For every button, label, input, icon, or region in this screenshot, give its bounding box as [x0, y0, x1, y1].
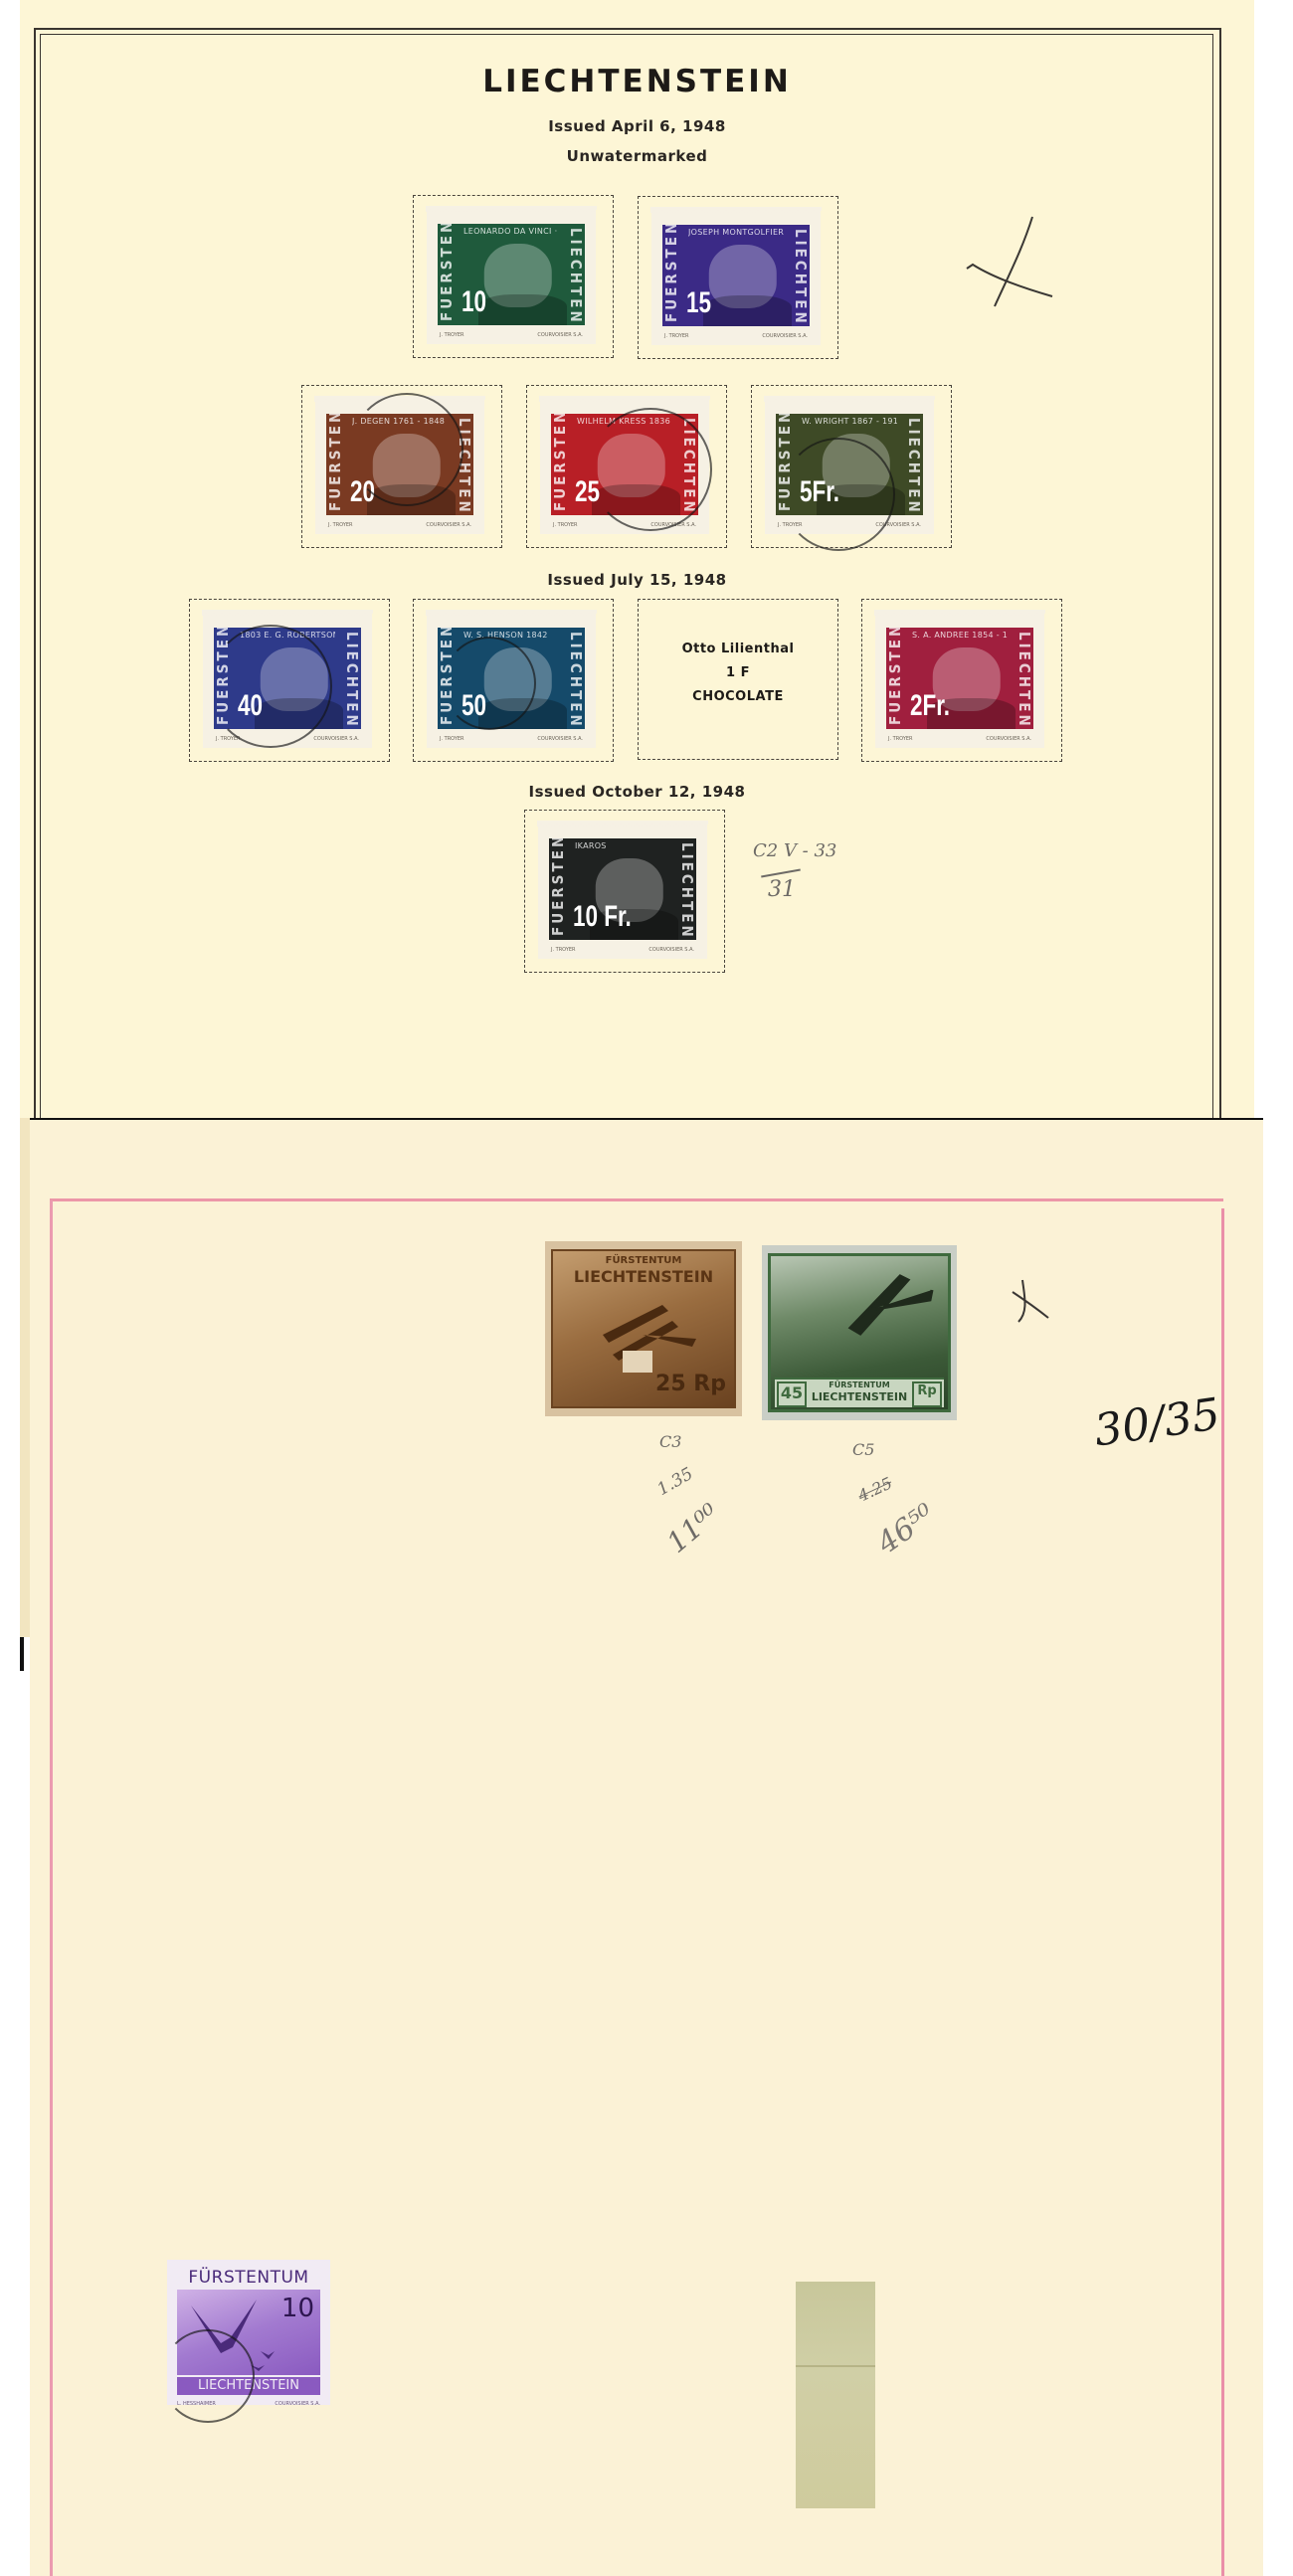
stamp-ikaros[interactable]: IKAROS FUERSTENTUM LIECHTENSTEIN 10 Fr. …: [541, 827, 704, 956]
stamp-45rp-design: 45 FÜRSTENTUM LIECHTENSTEIN Rp: [768, 1253, 951, 1412]
stamp-45rp-footer2: LIECHTENSTEIN: [805, 1390, 914, 1403]
pink-border-top: [50, 1198, 1223, 1201]
imprint-designer: J. TROYER: [553, 522, 578, 528]
slot-label-color: CHOCOLATE: [639, 685, 837, 709]
postmark-cancel: [161, 2329, 255, 2423]
stamp-hinge-remnant: [796, 2282, 875, 2508]
stamp-side-right: LIECHTENSTEIN: [339, 632, 361, 725]
imprint-designer: J. TROYER: [440, 332, 464, 338]
stamp-imprint: J. TROYER COURVOISIER S.A.: [440, 736, 583, 742]
empty-slot-otto-lilienthal[interactable]: Otto Lilienthal 1 F CHOCOLATE: [638, 599, 838, 760]
stamp-25rp-header2: LIECHTENSTEIN: [553, 1267, 734, 1286]
stamp-45rp-footer: 45 FÜRSTENTUM LIECHTENSTEIN Rp: [775, 1378, 944, 1407]
imprint-designer: J. TROYER: [664, 333, 689, 339]
stamp-imprint: J. TROYER COURVOISIER S.A.: [551, 947, 694, 953]
stamp-side-right: LIECHTENSTEIN: [563, 228, 585, 321]
stamp-side-right: LIECHTENSTEIN: [901, 418, 923, 511]
imprint-printer: COURVOISIER S.A.: [537, 736, 583, 742]
pencil-check-mark-icon: [955, 209, 1064, 313]
stamp-side-left: FUERSTENTUM: [549, 842, 571, 936]
pencil-note-catalog: C2 V - 33: [753, 840, 836, 861]
stamp-caption: IKAROS: [575, 841, 670, 850]
stamp-imprint: J. TROYER COURVOISIER S.A.: [328, 522, 471, 528]
pencil-note-price: 31: [768, 877, 796, 902]
imprint-printer: COURVOISIER S.A.: [762, 333, 808, 339]
stamp-25rp-header1: FÜRSTENTUM: [553, 1255, 734, 1266]
stamp-side-left: FUERSTENTUM: [326, 418, 348, 511]
castle-illustration: [623, 1351, 652, 1373]
stamp-slot-leonardo[interactable]: LEONARDO DA VINCI · 1452 - 1519 FUERSTEN…: [413, 195, 614, 358]
pink-border-right: [1221, 1208, 1224, 2576]
imprint-printer: COURVOISIER S.A.: [426, 522, 471, 528]
stamp-caption: S. A. ANDREE 1854 - 1897: [912, 631, 1008, 640]
imprint-designer: J. TROYER: [888, 736, 913, 742]
stamp-montgolfier[interactable]: JOSEPH MONTGOLFIER 1740 - 1810 FUERSTENT…: [654, 213, 818, 342]
stamp-imprint: J. TROYER COURVOISIER S.A.: [888, 736, 1031, 742]
portrait-body: [478, 294, 567, 325]
stamp-side-left: FUERSTENTUM: [886, 632, 908, 725]
issue-date-october: Issued October 12, 1948: [20, 783, 1254, 801]
stamp-portrait: LEONARDO DA VINCI · 1452 - 1519 FUERSTEN…: [438, 224, 585, 325]
swallow-stamp-value: 10: [281, 2294, 314, 2323]
slot-label-value: 1 F: [639, 661, 837, 685]
watermark-label: Unwatermarked: [20, 147, 1254, 165]
stamp-25rp-design: FÜRSTENTUM LIECHTENSTEIN 25 Rp: [551, 1249, 736, 1408]
stamp-airmail-45rp[interactable]: 45 FÜRSTENTUM LIECHTENSTEIN Rp: [762, 1245, 957, 1420]
swallow-stamp-header: FÜRSTENTUM: [177, 2268, 320, 2288]
catalog-note-c5: C5: [852, 1440, 874, 1459]
postmark-cancel: [350, 393, 463, 506]
stamp-slot-andree[interactable]: S. A. ANDREE 1854 - 1897 FUERSTENTUM LIE…: [861, 599, 1062, 762]
imprint-designer: J. TROYER: [551, 947, 576, 953]
stamp-side-left: FUERSTENTUM: [662, 229, 684, 322]
catalog-note-c3: C3: [659, 1432, 681, 1451]
stamp-side-right: LIECHTENSTEIN: [1012, 632, 1033, 725]
pencil-check-mark-icon-2: [1005, 1278, 1054, 1326]
stamp-side-right: LIECHTENSTEIN: [563, 632, 585, 725]
stamp-side-left: FUERSTENTUM: [438, 228, 460, 321]
portrait-body: [703, 295, 792, 326]
monoplane-icon: [840, 1270, 940, 1340]
imprint-printer: COURVOISIER S.A.: [313, 736, 359, 742]
postmark-cancel: [209, 625, 332, 748]
stamp-side-left: FUERSTENTUM: [551, 418, 573, 511]
imprint-designer: J. TROYER: [328, 522, 353, 528]
stamp-value: 10: [462, 285, 486, 319]
stamp-25rp-value: 25 Rp: [655, 1372, 726, 1396]
stamp-andree[interactable]: S. A. ANDREE 1854 - 1897 FUERSTENTUM LIE…: [878, 616, 1041, 745]
imprint-printer: COURVOISIER S.A.: [648, 947, 694, 953]
stamp-45rp-unit: Rp: [912, 1381, 942, 1407]
pink-border-left: [50, 1200, 53, 2576]
slot-label-name: Otto Lilienthal: [639, 638, 837, 661]
stamp-caption: LEONARDO DA VINCI · 1452 - 1519: [463, 227, 559, 236]
issue-date-april: Issued April 6, 1948: [20, 117, 1254, 135]
stamp-side-right: LIECHTENSTEIN: [788, 229, 810, 322]
stamp-airmail-25rp[interactable]: FÜRSTENTUM LIECHTENSTEIN 25 Rp: [545, 1241, 742, 1416]
stamp-side-right: LIECHTENSTEIN: [674, 842, 696, 936]
stamp-value: 15: [686, 286, 711, 320]
stamp-value: 2Fr.: [910, 689, 950, 723]
imprint-printer: COURVOISIER S.A.: [537, 332, 583, 338]
swallow-imprint-right: COURVOISIER S.A.: [275, 2401, 320, 2407]
postmark-cancel: [589, 408, 712, 531]
stamp-portrait: S. A. ANDREE 1854 - 1897 FUERSTENTUM LIE…: [886, 628, 1033, 729]
stamp-portrait: JOSEPH MONTGOLFIER 1740 - 1810 FUERSTENT…: [662, 225, 810, 326]
imprint-printer: COURVOISIER S.A.: [986, 736, 1031, 742]
stamp-slot-ikaros[interactable]: IKAROS FUERSTENTUM LIECHTENSTEIN 10 Fr. …: [524, 810, 725, 973]
stamp-imprint: J. TROYER COURVOISIER S.A.: [664, 333, 808, 339]
stamp-value: 10 Fr.: [573, 900, 632, 934]
page-edge-strip: [20, 1118, 30, 1637]
page-title: LIECHTENSTEIN: [20, 64, 1254, 99]
stamp-leonardo[interactable]: LEONARDO DA VINCI · 1452 - 1519 FUERSTEN…: [430, 212, 593, 341]
edge-mark: [20, 1637, 24, 1671]
postmark-cancel: [443, 637, 536, 730]
stamp-45rp-value: 45: [777, 1381, 807, 1407]
stamp-portrait: IKAROS FUERSTENTUM LIECHTENSTEIN 10 Fr.: [549, 838, 696, 940]
stamp-airmail-swallow-10[interactable]: FÜRSTENTUM 10 LIECHTENSTEIN L. HESSHAIME…: [167, 2260, 330, 2405]
stamp-imprint: J. TROYER COURVOISIER S.A.: [440, 332, 583, 338]
imprint-designer: J. TROYER: [440, 736, 464, 742]
stamp-caption: W. WRIGHT 1867 - 1912: [802, 417, 897, 426]
issue-date-july: Issued July 15, 1948: [20, 571, 1254, 589]
stamp-slot-montgolfier[interactable]: JOSEPH MONTGOLFIER 1740 - 1810 FUERSTENT…: [638, 196, 838, 359]
stamp-caption: JOSEPH MONTGOLFIER 1740 - 1810: [688, 228, 784, 237]
postmark-cancel: [782, 438, 895, 551]
stamp-45rp-footer1: FÜRSTENTUM: [809, 1380, 910, 1389]
